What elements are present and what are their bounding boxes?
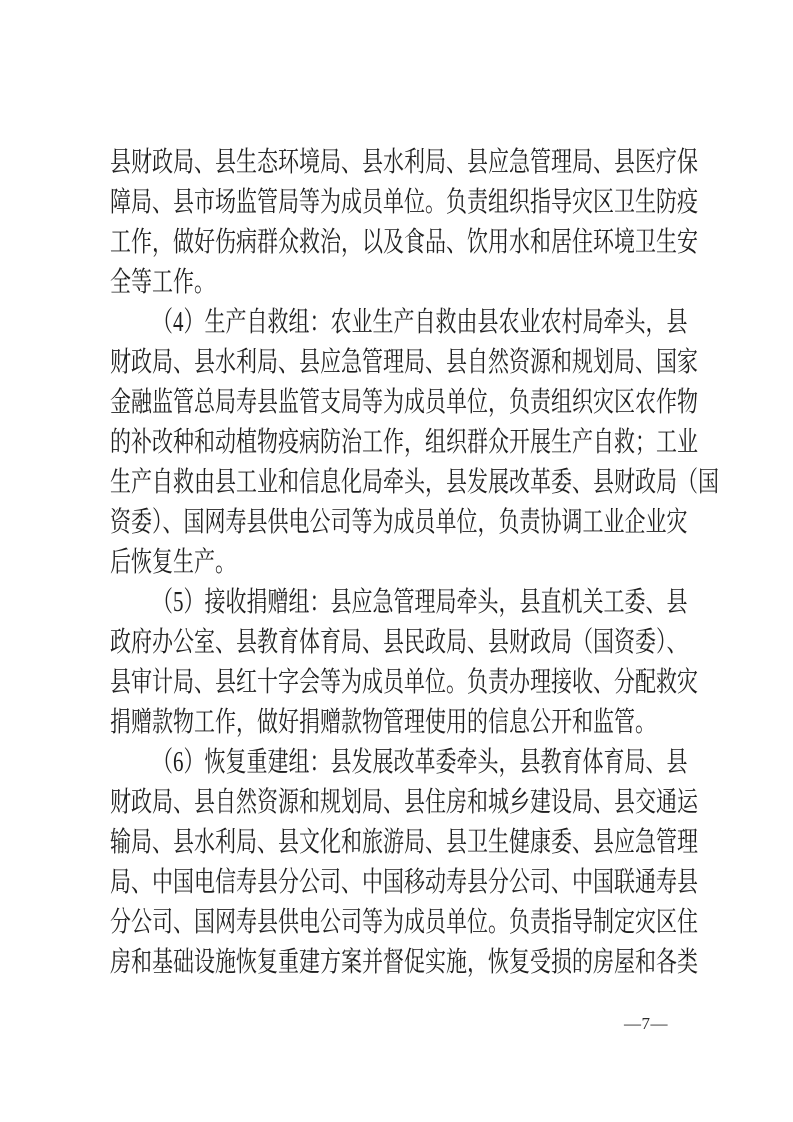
document-page: 县财政局、县生态环境局、县水利局、县应急管理局、县医疗保障局、县市场监管局等为成… <box>0 0 793 1122</box>
text-line: 工作，做好伤病群众救治，以及食品、饮用水和居住环境卫生安 <box>110 223 554 263</box>
text-line: 输局、县水利局、县文化和旅游局、县卫生健康委、县应急管理 <box>110 823 554 863</box>
text-line: （5）接收捐赠组：县应急管理局牵头，县直机关工委、县 <box>110 583 554 623</box>
text-line: 县审计局、县红十字会等为成员单位。负责办理接收、分配救灾 <box>110 663 554 703</box>
text-line: 分公司、国网寿县供电公司等为成员单位。负责指导制定灾区住 <box>110 903 554 943</box>
text-line: 后恢复生产。 <box>110 543 554 583</box>
text-line: 生产自救由县工业和信息化局牵头，县发展改革委、县财政局（国 <box>110 463 554 503</box>
text-line: 财政局、县水利局、县应急管理局、县自然资源和规划局、国家 <box>110 343 554 383</box>
text-line: 捐赠款物工作，做好捐赠款物管理使用的信息公开和监管。 <box>110 703 554 743</box>
text-line: （4）生产自救组：农业生产自救由县农业农村局牵头，县 <box>110 303 554 343</box>
text-line: 资委）、国网寿县供电公司等为成员单位，负责协调工业企业灾 <box>110 503 554 543</box>
text-line: 障局、县市场监管局等为成员单位。负责组织指导灾区卫生防疫 <box>110 183 554 223</box>
text-line: 房和基础设施恢复重建方案并督促实施，恢复受损的房屋和各类 <box>110 943 554 983</box>
text-line: 金融监管总局寿县监管支局等为成员单位，负责组织灾区农作物 <box>110 383 554 423</box>
text-line: 县财政局、县生态环境局、县水利局、县应急管理局、县医疗保 <box>110 143 554 183</box>
text-line: 政府办公室、县教育体育局、县民政局、县财政局（国资委）、 <box>110 623 554 663</box>
page-number: —7— <box>624 1014 668 1034</box>
text-line: 局、中国电信寿县分公司、中国移动寿县分公司、中国联通寿县 <box>110 863 554 903</box>
document-body: 县财政局、县生态环境局、县水利局、县应急管理局、县医疗保障局、县市场监管局等为成… <box>110 143 702 983</box>
text-line: 全等工作。 <box>110 263 554 303</box>
text-line: （6）恢复重建组：县发展改革委牵头，县教育体育局、县 <box>110 743 554 783</box>
text-line: 财政局、县自然资源和规划局、县住房和城乡建设局、县交通运 <box>110 783 554 823</box>
text-line: 的补改种和动植物疫病防治工作，组织群众开展生产自救；工业 <box>110 423 554 463</box>
